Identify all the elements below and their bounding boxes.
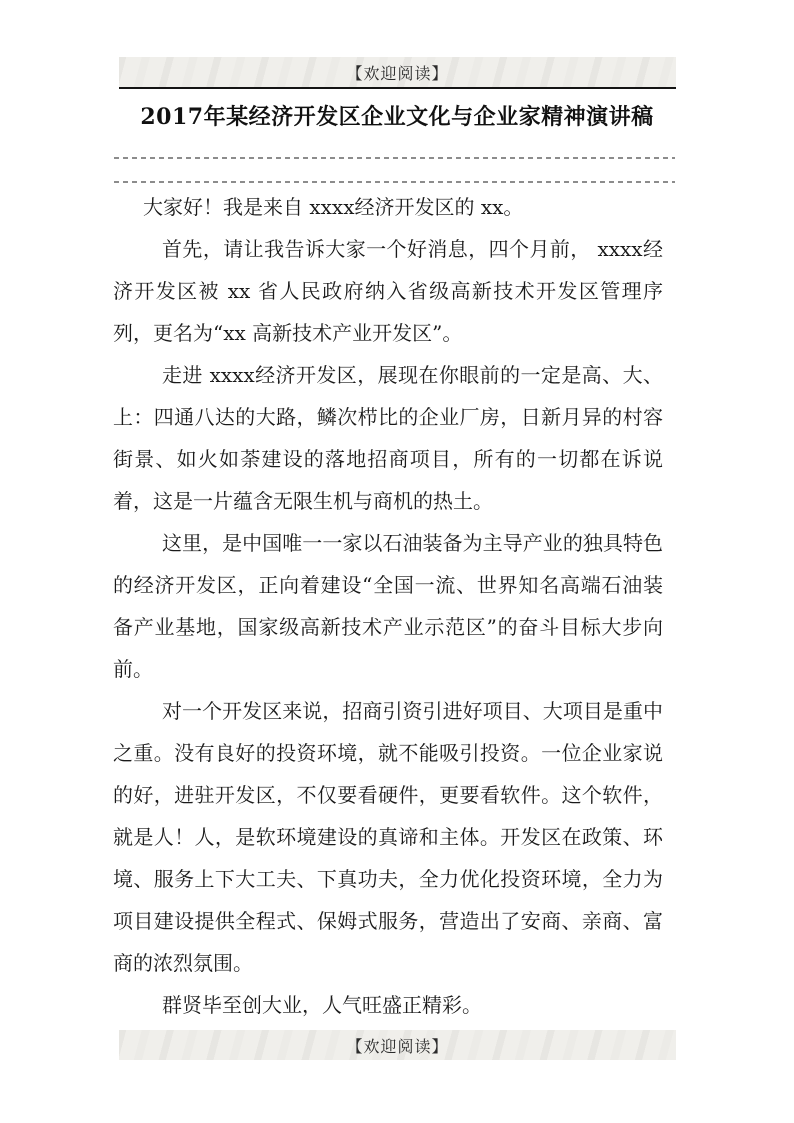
dashed-separator-top [114,157,675,159]
document-paragraph: 大家好！我是来自 xxxx经济开发区的 xx。 [113,186,663,228]
page-title: 2017年某经济开发区企业文化与企业家精神演讲稿 [80,100,714,131]
document-paragraph: 对一个开发区来说，招商引资引进好项目、大项目是重中之重。没有良好的投资环境，就不… [113,690,663,984]
document-paragraph: 走进 xxxx经济开发区，展现在你眼前的一定是高、大、上：四通八达的大路，鳞次栉… [113,354,663,522]
document-paragraph: 群贤毕至创大业，人气旺盛正精彩。 [113,984,663,1026]
header-banner-text: 【欢迎阅读】 [346,61,448,84]
footer-banner: 【欢迎阅读】 [119,1030,676,1060]
document-page: 【欢迎阅读】 2017年某经济开发区企业文化与企业家精神演讲稿 大家好！我是来自… [0,0,794,1123]
document-paragraph: 这里，是中国唯一一家以石油装备为主导产业的独具特色的经济开发区，正向着建设“全国… [113,522,663,690]
document-body: 大家好！我是来自 xxxx经济开发区的 xx。 首先，请让我告诉大家一个好消息，… [113,186,663,1026]
footer-banner-text: 【欢迎阅读】 [346,1034,448,1057]
dashed-separator-bottom [114,181,675,183]
document-paragraph: 首先，请让我告诉大家一个好消息，四个月前， xxxx经济开发区被 xx 省人民政… [113,228,663,354]
header-rule [119,87,676,89]
header-banner: 【欢迎阅读】 [119,57,676,87]
